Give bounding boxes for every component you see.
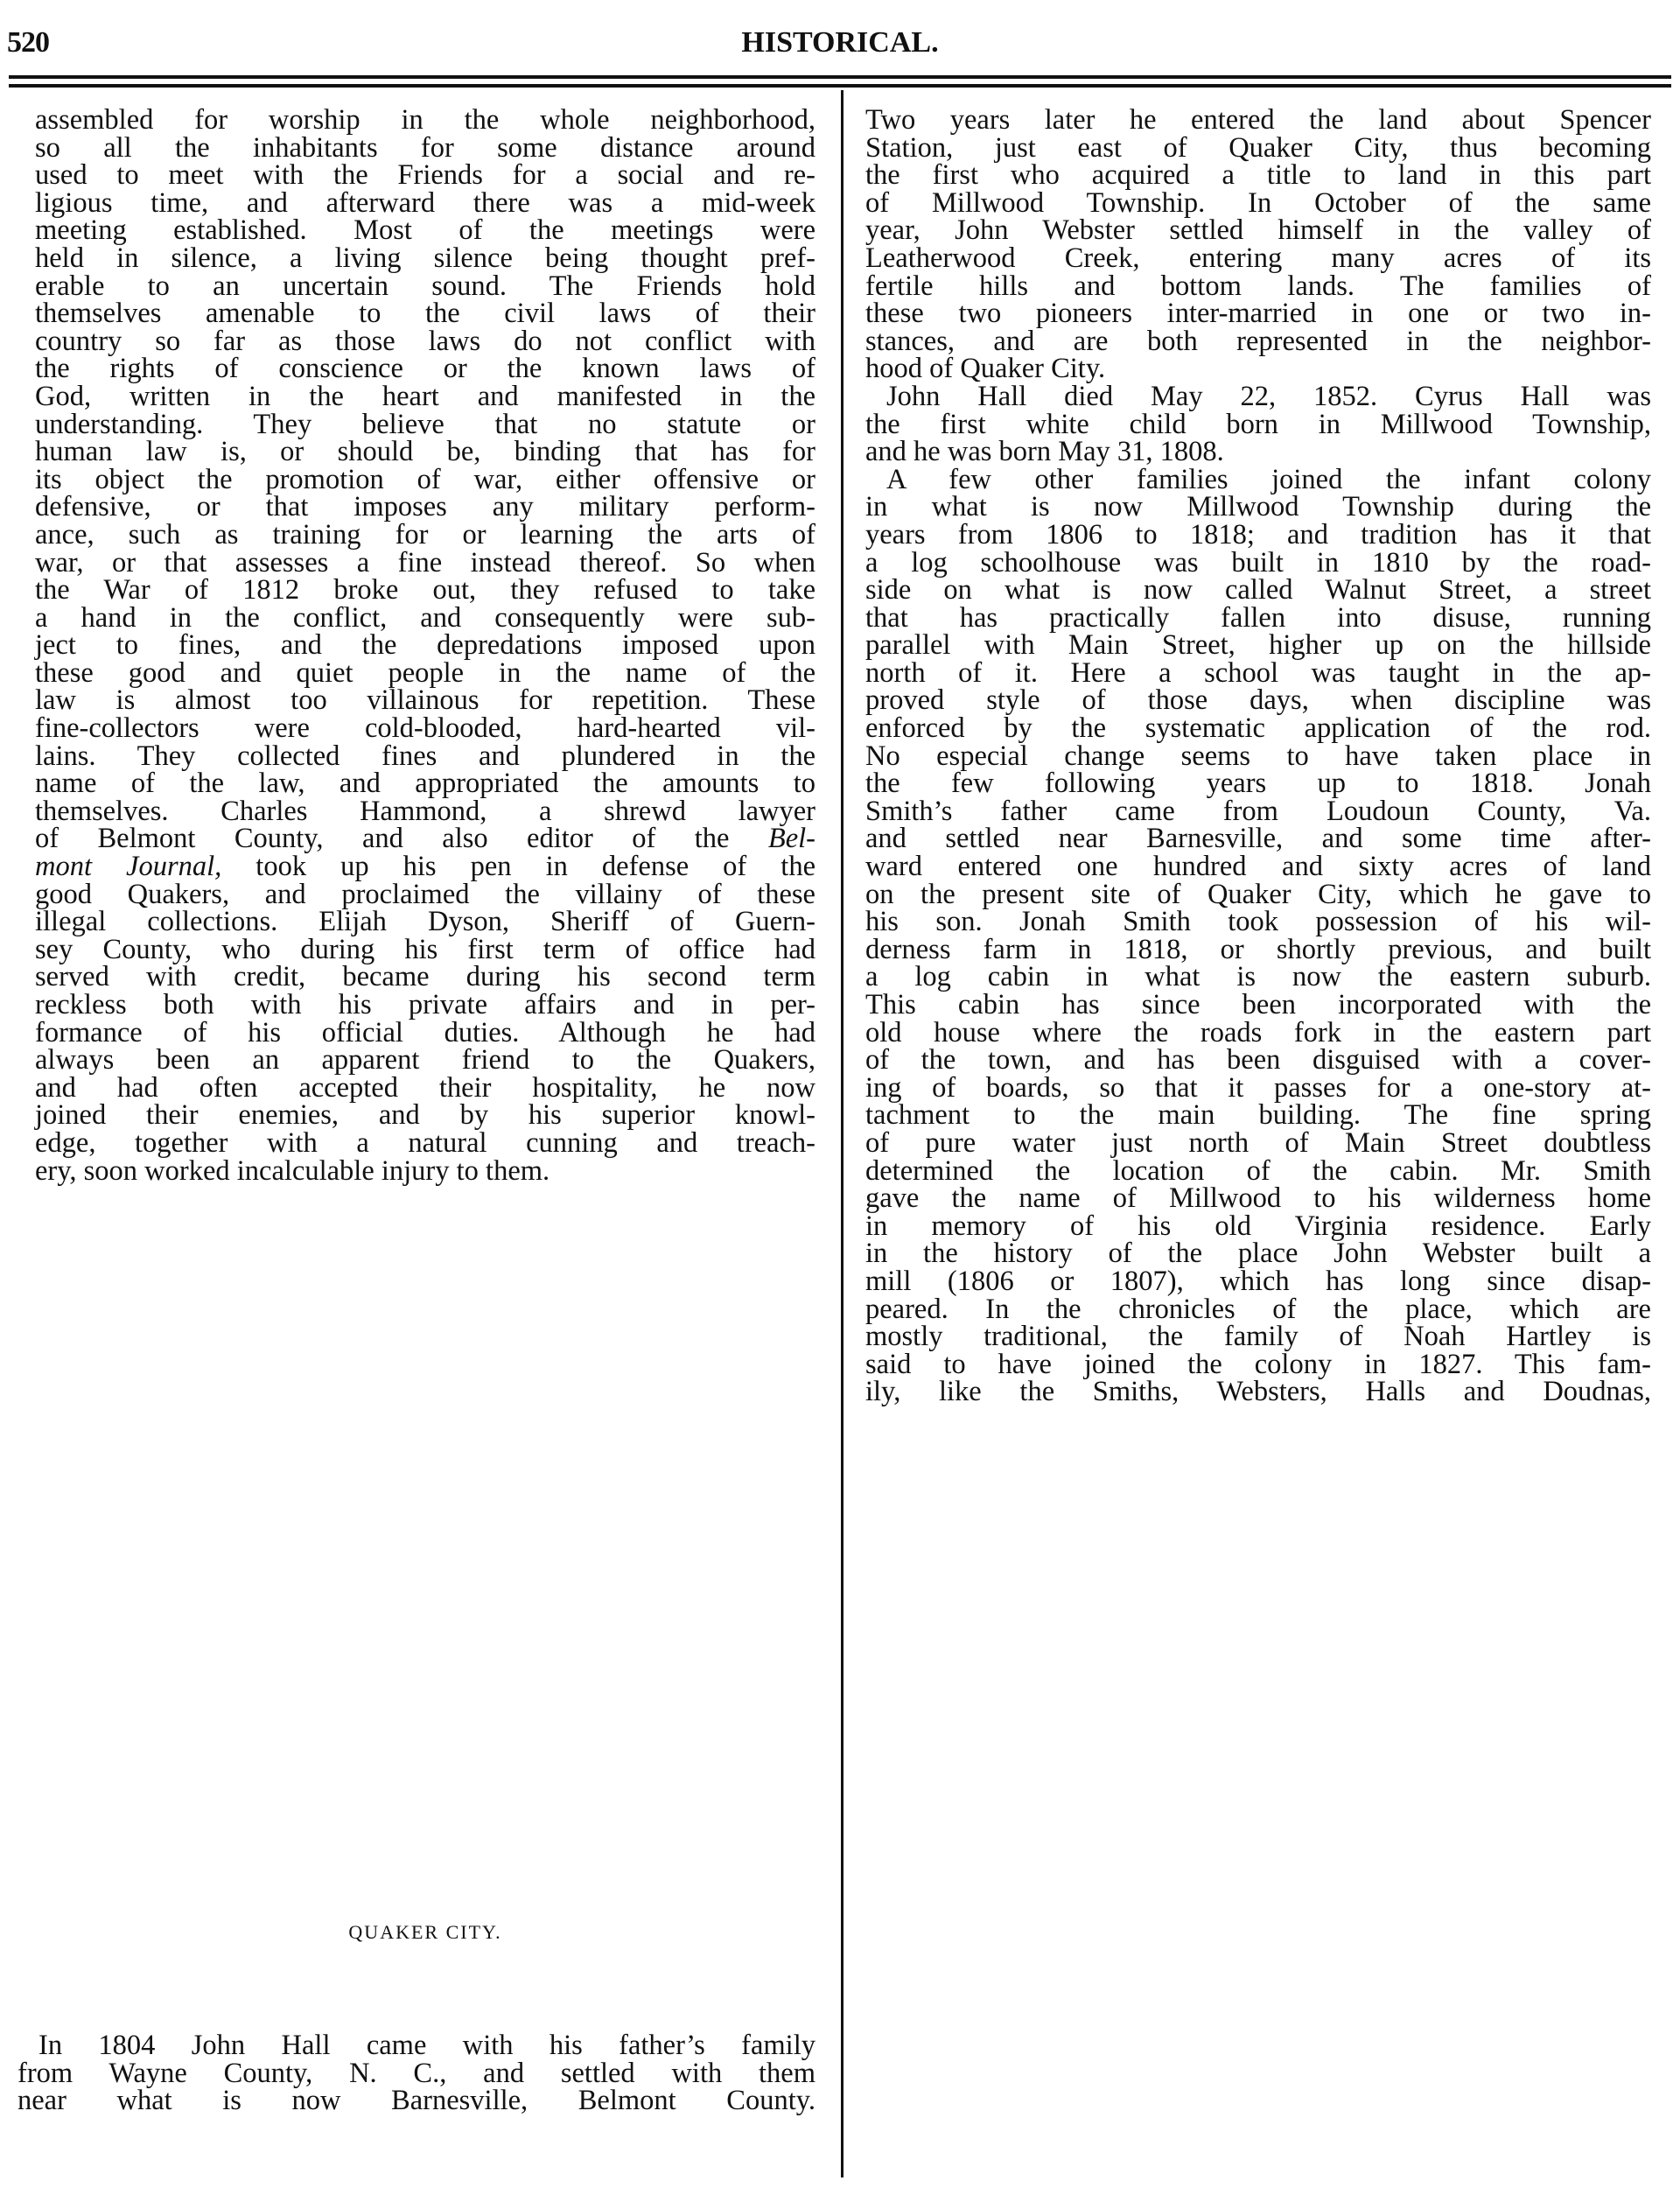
text-line: and he was born May 31, 1808. xyxy=(865,438,1651,466)
text-line: ward entered one hundred and sixty acres… xyxy=(865,853,1651,881)
text-line: A few other families joined the infant c… xyxy=(865,466,1651,494)
right-column: Two years later he entered the land abou… xyxy=(865,107,1651,1406)
header-rule-bottom xyxy=(9,84,1671,88)
text-line: and settled near Barnesville, and some t… xyxy=(865,825,1651,853)
text-line: sey County, who during his first term of… xyxy=(35,936,815,964)
text-line: assembled for worship in the whole neigh… xyxy=(35,107,815,135)
text-line: Two years later he entered the land abou… xyxy=(865,107,1651,135)
text-line: country so far as those laws do not conf… xyxy=(35,328,815,356)
text-line: side on what is now called Walnut Street… xyxy=(865,577,1651,605)
text-line: fertile hills and bottom lands. The fami… xyxy=(865,273,1651,301)
text-line: year, John Webster settled himself in th… xyxy=(865,217,1651,245)
text-line: north of it. Here a school was taught in… xyxy=(865,660,1651,688)
header-rule-top xyxy=(9,75,1671,79)
text-line: the War of 1812 broke out, they refused … xyxy=(35,577,815,605)
text-line: used to meet with the Friends for a soci… xyxy=(35,162,815,190)
text-line: tachment to the main building. The fine … xyxy=(865,1102,1651,1130)
left-column: assembled for worship in the whole neigh… xyxy=(35,107,815,1185)
text-line: Station, just east of Quaker City, thus … xyxy=(865,135,1651,163)
text-line: ance, such as training for or learning t… xyxy=(35,522,815,550)
text-line: a log cabin in what is now the eastern s… xyxy=(865,964,1651,992)
text-line: understanding. They believe that no stat… xyxy=(35,411,815,439)
text-line: of Millwood Township. In October of the … xyxy=(865,190,1651,218)
text-line: stances, and are both represented in the… xyxy=(865,328,1651,356)
column-divider xyxy=(841,90,843,2177)
text-line: in the history of the place John Webster… xyxy=(865,1240,1651,1268)
text-line: formance of his official duties. Althoug… xyxy=(35,1020,815,1048)
text-line: hood of Quaker City. xyxy=(865,355,1651,383)
text-line: erable to an uncertain sound. The Friend… xyxy=(35,273,815,301)
text-line: God, written in the heart and manifested… xyxy=(35,383,815,411)
running-head: HISTORICAL. xyxy=(0,26,1680,60)
section-heading-quaker-city: QUAKER CITY. xyxy=(35,1921,815,1944)
text-line: of the town, and has been disguised with… xyxy=(865,1047,1651,1075)
text-line: these two pioneers inter-married in one … xyxy=(865,300,1651,328)
text-line: No especial change seems to have taken p… xyxy=(865,743,1651,771)
text-line: name of the law, and appropriated the am… xyxy=(35,770,815,798)
text-line: ject to fines, and the depredations impo… xyxy=(35,632,815,660)
text-line: of pure water just north of Main Street … xyxy=(865,1130,1651,1158)
text-line: a hand in the conflict, and consequently… xyxy=(35,605,815,633)
text-line: Leatherwood Creek, entering many acres o… xyxy=(865,245,1651,273)
text-line: lains. They collected fines and plundere… xyxy=(35,743,815,771)
text-line: parallel with Main Street, higher up on … xyxy=(865,632,1651,660)
text-line: a log schoolhouse was built in 1810 by t… xyxy=(865,550,1651,578)
italic-title: Bel- xyxy=(768,823,815,854)
left-column-section-text: In 1804 John Hall came with his father’s… xyxy=(17,2032,815,2115)
text-line: ing of boards, so that it passes for a o… xyxy=(865,1075,1651,1103)
text-line: in memory of his old Virginia residence.… xyxy=(865,1213,1651,1241)
text-line: in what is now Millwood Township during … xyxy=(865,494,1651,522)
text-line: reckless both with his private affairs a… xyxy=(35,992,815,1020)
text-line: of Belmont County, and also editor of th… xyxy=(35,825,815,853)
text-line: fine-collectors were cold-blooded, hard-… xyxy=(35,715,815,743)
text-line: joined their enemies, and by his superio… xyxy=(35,1102,815,1130)
text-line: human law is, or should be, binding that… xyxy=(35,438,815,466)
text-line: served with credit, became during his se… xyxy=(35,964,815,992)
text-line: law is almost too villainous for repetit… xyxy=(35,687,815,715)
text-line: held in silence, a living silence being … xyxy=(35,245,815,273)
text-line: from Wayne County, N. C., and settled wi… xyxy=(17,2060,815,2088)
text-line: the rights of conscience or the known la… xyxy=(35,355,815,383)
text-line: meeting established. Most of the meeting… xyxy=(35,217,815,245)
text-line: so all the inhabitants for some distance… xyxy=(35,135,815,163)
text-line: peared. In the chronicles of the place, … xyxy=(865,1296,1651,1324)
text-line: mostly traditional, the family of Noah H… xyxy=(865,1323,1651,1351)
text-line: ligious time, and afterward there was a … xyxy=(35,190,815,218)
text-line: illegal collections. Elijah Dyson, Sheri… xyxy=(35,908,815,936)
text-line: defensive, or that imposes any military … xyxy=(35,494,815,522)
italic-title: mont Journal, xyxy=(35,851,221,882)
text-line: near what is now Barnesville, Belmont Co… xyxy=(17,2087,815,2115)
text-line: gave the name of Millwood to his wildern… xyxy=(865,1185,1651,1213)
text-line: the first who acquired a title to land i… xyxy=(865,162,1651,190)
text-line: and had often accepted their hospitality… xyxy=(35,1075,815,1103)
text-line: derness farm in 1818, or shortly previou… xyxy=(865,936,1651,964)
text-line: always been an apparent friend to the Qu… xyxy=(35,1047,815,1075)
text-line: on the present site of Quaker City, whic… xyxy=(865,881,1651,909)
text-line: that has practically fallen into disuse,… xyxy=(865,605,1651,633)
text-line: good Quakers, and proclaimed the villain… xyxy=(35,881,815,909)
text-line: proved style of those days, when discipl… xyxy=(865,687,1651,715)
text-line: war, or that assesses a fine instead the… xyxy=(35,550,815,578)
text-line: enforced by the systematic application o… xyxy=(865,715,1651,743)
text-line: the first white child born in Millwood T… xyxy=(865,411,1651,439)
text-line: said to have joined the colony in 1827. … xyxy=(865,1351,1651,1379)
text-line: old house where the roads fork in the ea… xyxy=(865,1020,1651,1048)
text-line: mill (1806 or 1807), which has long sinc… xyxy=(865,1268,1651,1296)
text-line: ery, soon worked incalculable injury to … xyxy=(35,1158,815,1186)
text-line: themselves. Charles Hammond, a shrewd la… xyxy=(35,798,815,826)
text-line: In 1804 John Hall came with his father’s… xyxy=(17,2032,815,2060)
text-line: themselves amenable to the civil laws of… xyxy=(35,300,815,328)
text-line: This cabin has since been incorporated w… xyxy=(865,992,1651,1020)
text-line: years from 1806 to 1818; and tradition h… xyxy=(865,522,1651,550)
text-line: John Hall died May 22, 1852. Cyrus Hall … xyxy=(865,383,1651,411)
text-line: determined the location of the cabin. Mr… xyxy=(865,1158,1651,1186)
text-line: ily, like the Smiths, Websters, Halls an… xyxy=(865,1378,1651,1406)
text-line: the few following years up to 1818. Jona… xyxy=(865,770,1651,798)
text-line: its object the promotion of war, either … xyxy=(35,466,815,494)
text-line: Smith’s father came from Loudoun County,… xyxy=(865,798,1651,826)
text-line: mont Journal, took up his pen in defense… xyxy=(35,853,815,881)
text-line: his son. Jonah Smith took possession of … xyxy=(865,908,1651,936)
text-line: these good and quiet people in the name … xyxy=(35,660,815,688)
text-line: edge, together with a natural cunning an… xyxy=(35,1130,815,1158)
